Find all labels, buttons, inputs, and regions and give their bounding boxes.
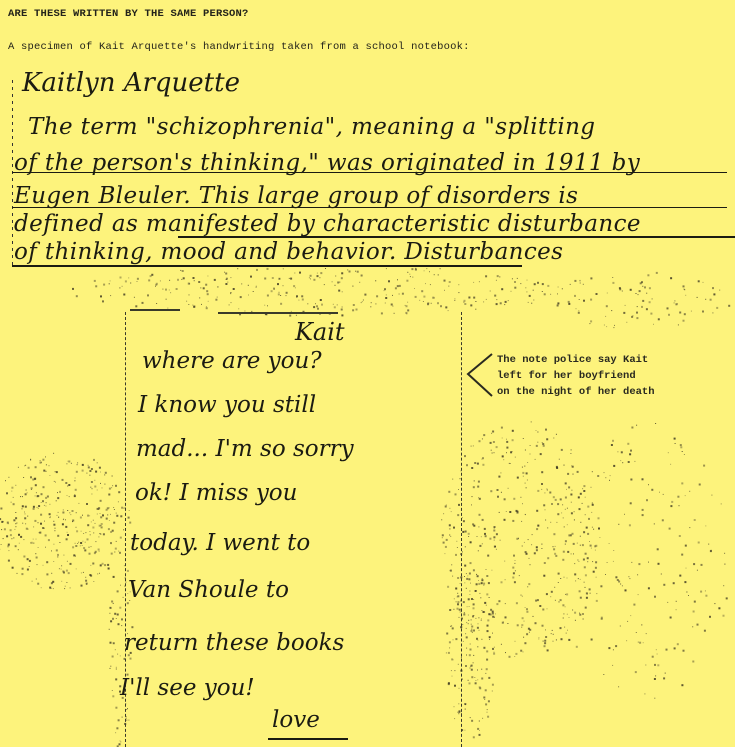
note-line: love [272, 707, 320, 733]
callout-line: The note police say Kait [497, 352, 655, 368]
note-line: I know you still [138, 392, 316, 418]
notebook-rule [12, 172, 727, 173]
notebook-margin-line [12, 80, 13, 268]
page-heading: ARE THESE WRITTEN BY THE SAME PERSON? [8, 8, 249, 20]
note-edge [130, 309, 180, 311]
specimen-line: defined as manifested by characteristic … [14, 211, 641, 237]
note-line: ok! I miss you [135, 480, 297, 506]
specimen-underline [12, 265, 522, 267]
note-line: I'll see you! [120, 675, 255, 701]
note-line: today. I went to [130, 530, 310, 556]
note-underline [268, 738, 348, 740]
specimen-name: Kaitlyn Arquette [22, 68, 240, 98]
page-subheading: A specimen of Kait Arquette's handwritin… [8, 41, 470, 53]
note-line: Kait [295, 318, 345, 346]
specimen-line: Eugen Bleuler. This large group of disor… [14, 183, 578, 209]
note-edge [218, 312, 338, 314]
callout-line: on the night of her death [497, 384, 655, 400]
note-line: where are you? [142, 348, 322, 374]
callout-annotation: The note police say Kait left for her bo… [497, 352, 655, 400]
chevron-left-icon [462, 350, 498, 400]
notebook-rule [12, 207, 727, 208]
specimen-underline [178, 236, 735, 238]
note-line: mad... I'm so sorry [136, 436, 354, 462]
callout-line: left for her boyfriend [497, 368, 655, 384]
specimen-line: The term "schizophrenia", meaning a "spl… [28, 114, 595, 140]
specimen-line: of thinking, mood and behavior. Disturba… [14, 239, 563, 265]
note-line: return these books [124, 630, 344, 656]
note-line: Van Shoule to [128, 577, 289, 603]
scanned-page: ARE THESE WRITTEN BY THE SAME PERSON? A … [0, 0, 735, 747]
